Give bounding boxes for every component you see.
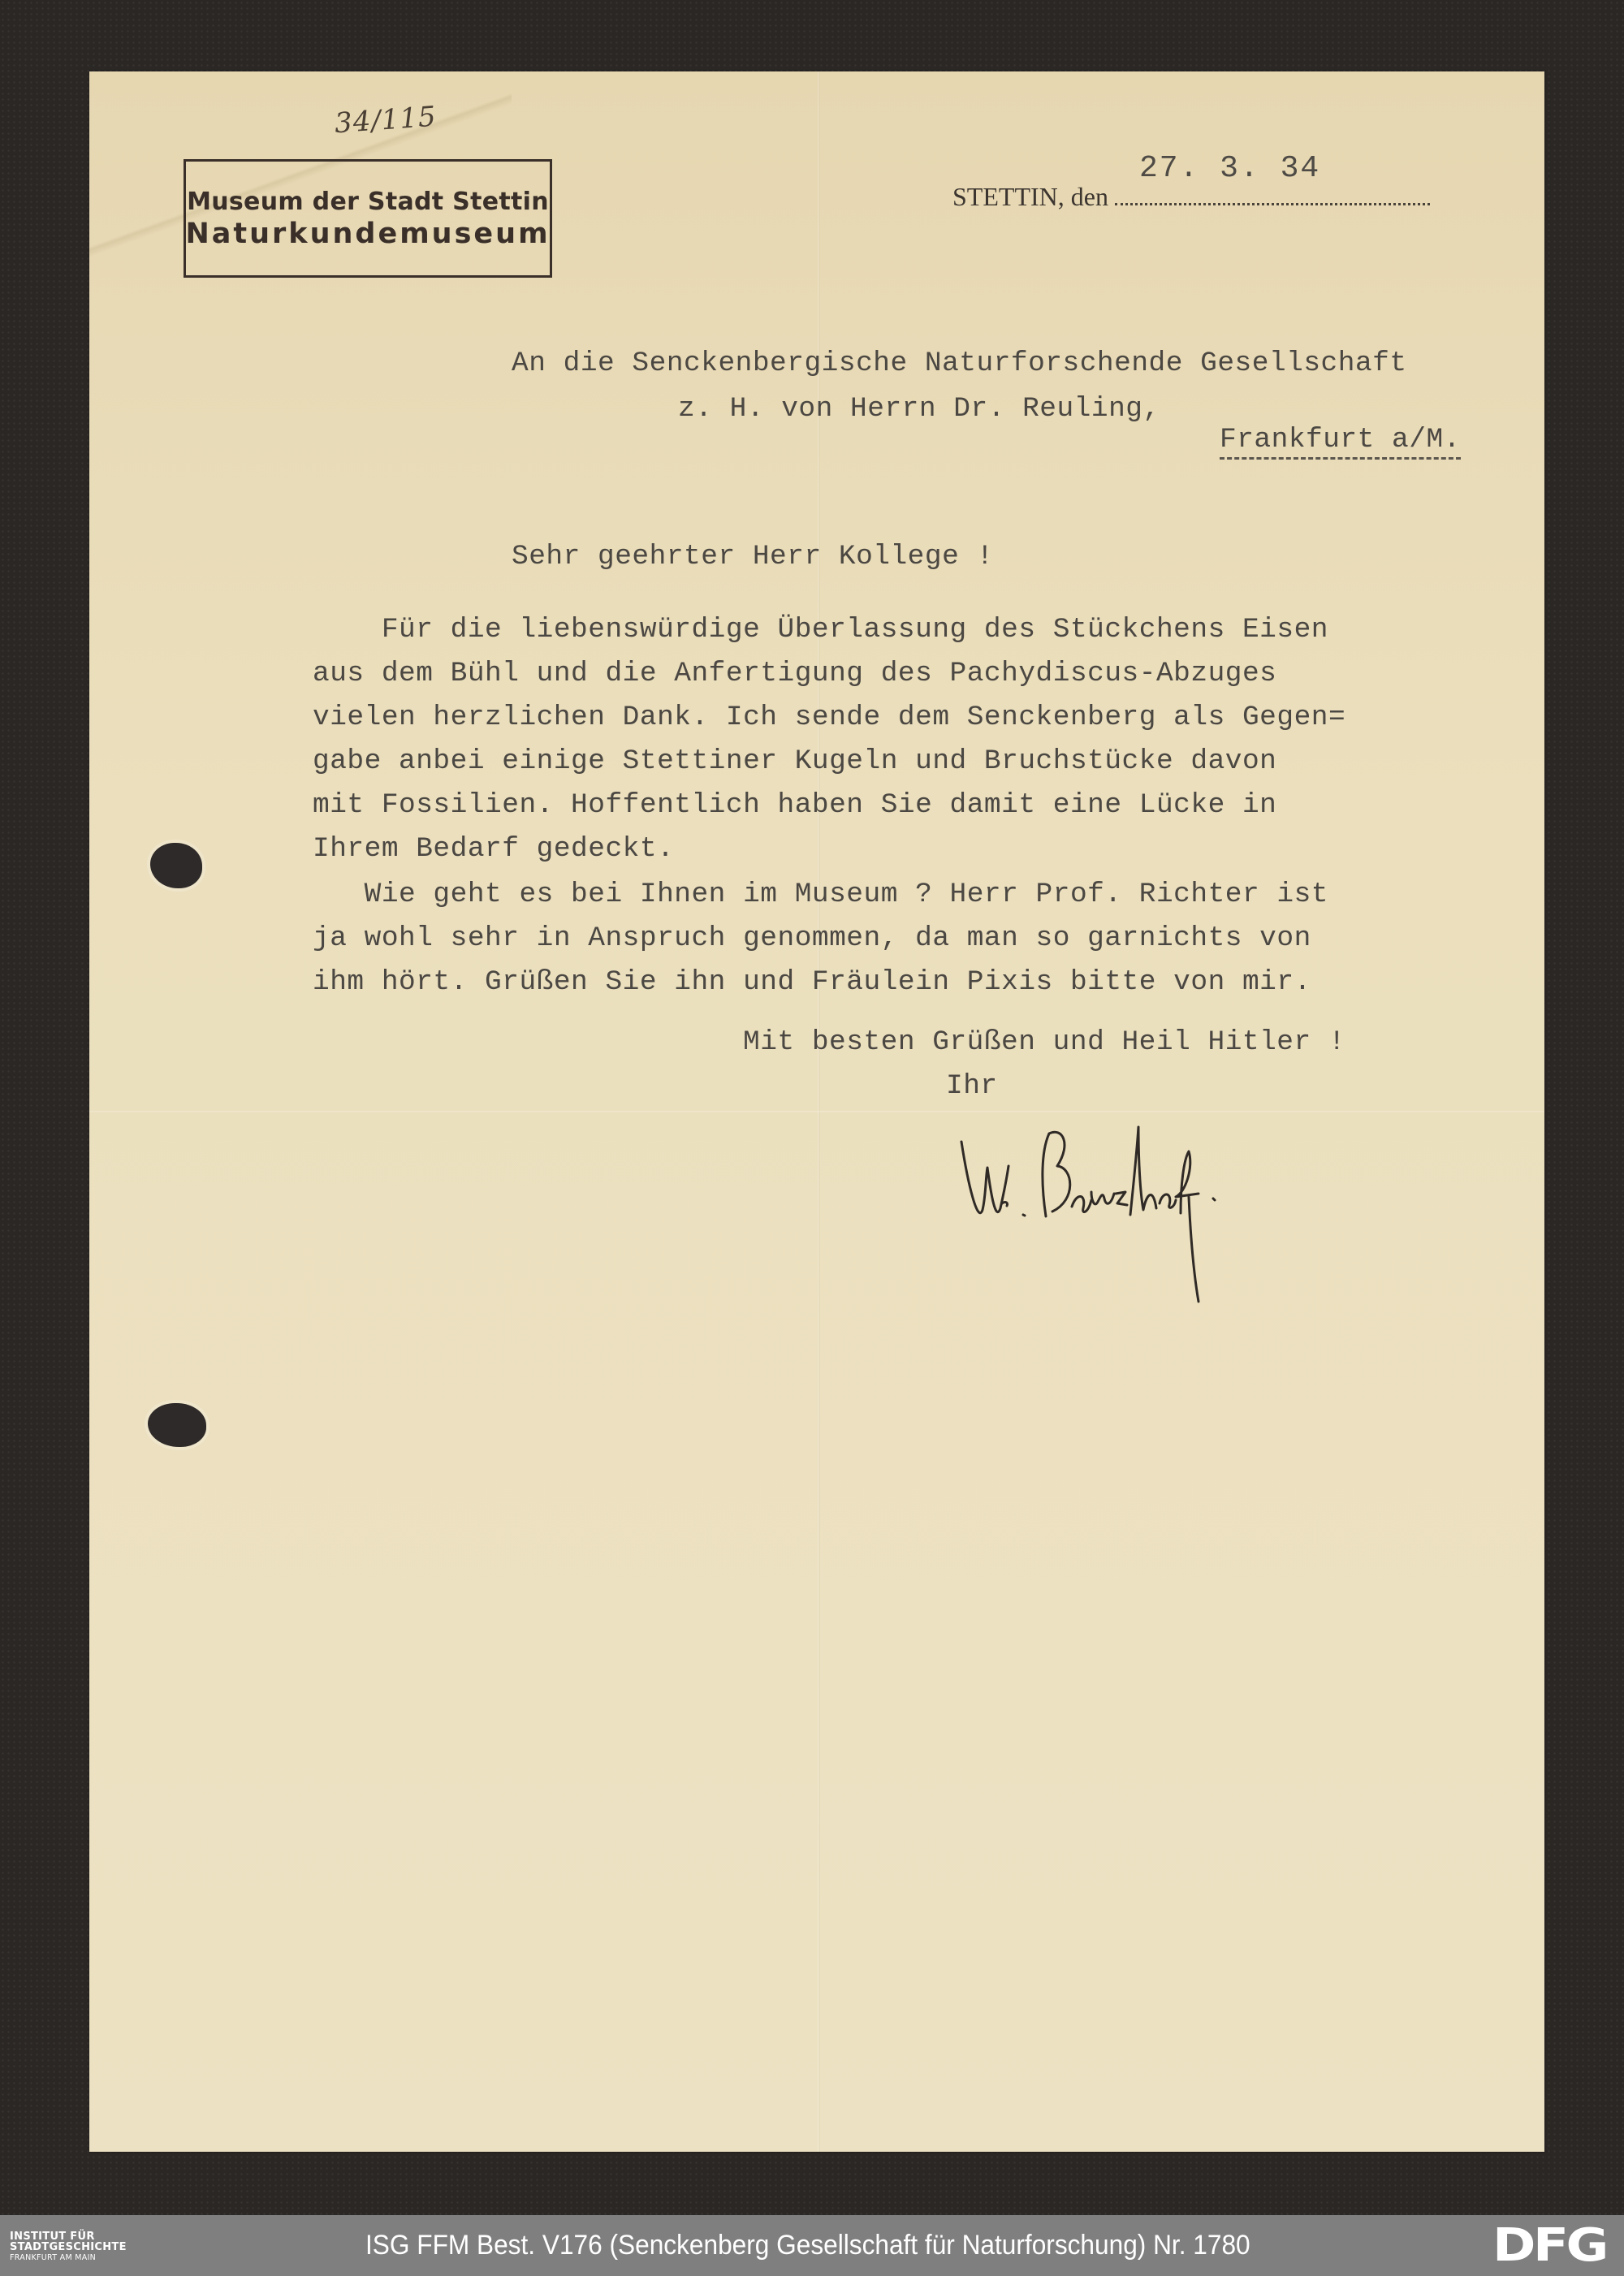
- archive-number: 34/115: [334, 101, 438, 140]
- salutation: Sehr geehrter Herr Kollege !: [512, 541, 994, 572]
- closing-line: Mit besten Grüßen und Heil Hitler !: [743, 1026, 1345, 1058]
- punch-hole-bottom: [148, 1403, 206, 1447]
- date-value: 27. 3. 34: [1139, 151, 1320, 186]
- archive-footer-bar: INSTITUT FÜR STADTGESCHICHTE FRANKFURT A…: [0, 2215, 1624, 2276]
- archive-caption: ISG FFM Best. V176 (Senckenberg Gesellsc…: [365, 2230, 1250, 2261]
- place-label: STETTIN, den: [952, 182, 1108, 211]
- letter-paper: 34/115 Museum der Stadt Stettin Naturkun…: [89, 71, 1544, 2152]
- closing-ihr: Ihr: [946, 1070, 998, 1102]
- body-line: Für die liebenswürdige Überlassung des S…: [313, 614, 1328, 646]
- body-line: ihm hört. Grüßen Sie ihn und Fräulein Pi…: [313, 966, 1311, 998]
- isg-logo-line3: FRANKFURT AM MAIN: [10, 2254, 127, 2262]
- body-line: mit Fossilien. Hoffentlich haben Sie dam…: [313, 789, 1276, 821]
- dfg-logo: DFG: [1492, 2223, 1606, 2269]
- punch-hole-top: [150, 843, 202, 888]
- body-line: ja wohl sehr in Anspruch genommen, da ma…: [313, 922, 1311, 954]
- place-date-line: STETTIN, den27. 3. 34: [952, 182, 1430, 212]
- body-line: Ihrem Bedarf gedeckt.: [313, 833, 674, 865]
- body-line: vielen herzlichen Dank. Ich sende dem Se…: [313, 702, 1345, 733]
- recipient-city: Frankfurt a/M.: [1220, 424, 1461, 460]
- isg-logo: INSTITUT FÜR STADTGESCHICHTE FRANKFURT A…: [10, 2231, 127, 2262]
- letterhead-museum-name: Museum der Stadt Stettin: [187, 188, 549, 216]
- recipient-line-2: z. H. von Herrn Dr. Reuling,: [678, 393, 1160, 425]
- body-line: Wie geht es bei Ihnen im Museum ? Herr P…: [313, 879, 1328, 910]
- recipient-line-1: An die Senckenbergische Naturforschende …: [512, 348, 1407, 379]
- isg-logo-line2: STADTGESCHICHTE: [10, 2242, 127, 2252]
- body-line: gabe anbei einige Stettiner Kugeln und B…: [313, 745, 1276, 777]
- letterhead-department: Naturkundemuseum: [185, 218, 550, 250]
- handwritten-signature: [950, 1119, 1307, 1322]
- letterhead-stamp: Museum der Stadt Stettin Naturkundemuseu…: [184, 159, 552, 278]
- body-line: aus dem Bühl und die Anfertigung des Pac…: [313, 658, 1276, 689]
- date-field: 27. 3. 34: [1115, 182, 1430, 205]
